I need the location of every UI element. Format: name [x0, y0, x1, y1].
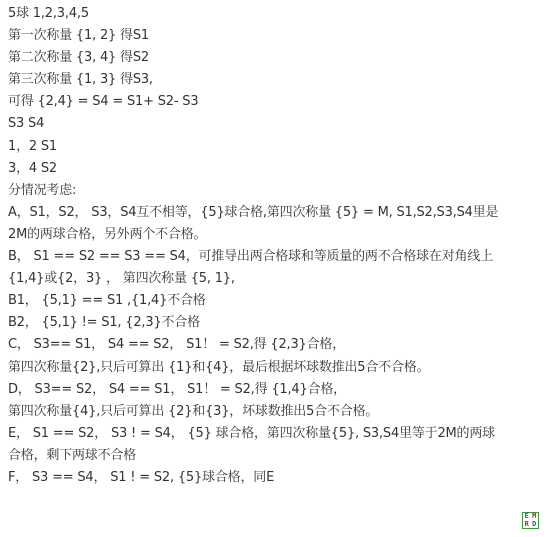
- document-body: 5球 1,2,3,4,5 第一次称量 {1, 2} 得S1 第二次称量 {3, …: [8, 3, 544, 489]
- case-d-line: D， S3== S2， S4 == S1， S1！ = S2,得 {1,4}合格…: [8, 379, 544, 401]
- text-line: 1，2 S1: [8, 136, 544, 158]
- case-c-line: 第四次称量{2},只后可算出 {1}和{4}，最后根据坏球数推出5合不合格。: [8, 357, 544, 379]
- case-b1-line: B1， {5,1} == S1 ,{1,4}不合格: [8, 290, 544, 312]
- case-d-line: 第四次称量{4},只后可算出 {2}和{3}，坏球数推出5合不合格。: [8, 401, 544, 423]
- case-b-line: B， S1 == S2 == S3 == S4，可推导出两合格球和等质量的两不合…: [8, 246, 544, 268]
- case-a-line: 2M的两球合格，另外两个不合格。: [8, 224, 544, 246]
- watermark-letter: D: [531, 521, 539, 529]
- watermark-logo-icon: E M R D: [522, 512, 539, 529]
- text-line: 第一次称量 {1, 2} 得S1: [8, 25, 544, 47]
- watermark-letter: R: [523, 521, 531, 529]
- section-heading: 分情况考虑:: [8, 180, 544, 202]
- text-line: 可得 {2,4} = S4 = S1+ S2- S3: [8, 91, 544, 113]
- case-e-line: 合格，剩下两球不合格: [8, 445, 544, 467]
- text-line: 5球 1,2,3,4,5: [8, 3, 544, 25]
- case-b2-line: B2， {5,1} != S1, {2,3}不合格: [8, 312, 544, 334]
- text-line: 第三次称量 {1, 3} 得S3,: [8, 69, 544, 91]
- case-f-line: F， S3 == S4， S1 ! = S2, {5}球合格，同E: [8, 467, 544, 489]
- text-line: 3，4 S2: [8, 158, 544, 180]
- text-line: 第二次称量 {3, 4} 得S2: [8, 47, 544, 69]
- case-b-line: {1,4}或{2，3} ， 第四次称量 {5, 1},: [8, 268, 544, 290]
- text-line: S3 S4: [8, 113, 544, 135]
- case-e-line: E， S1 == S2， S3 ! = S4， {5} 球合格，第四次称量{5}…: [8, 423, 544, 445]
- case-a-line: A，S1，S2， S3，S4互不相等，{5}球合格,第四次称量 {5} = M,…: [8, 202, 544, 224]
- case-c-line: C， S3== S1， S4 == S2， S1！ = S2,得 {2,3}合格…: [8, 334, 544, 356]
